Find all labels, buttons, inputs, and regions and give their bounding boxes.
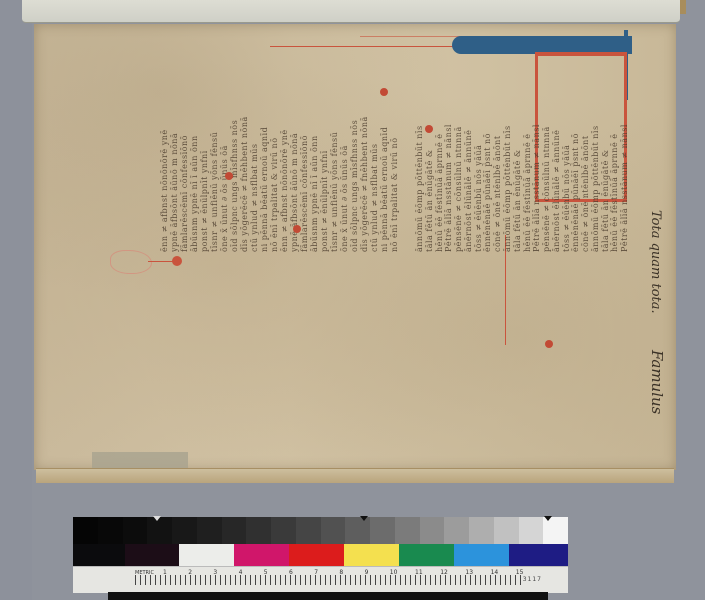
manuscript-text-line: nō ēnī trpalitat & virū nō: [390, 52, 399, 252]
color-patch-green: [399, 544, 454, 566]
manuscript-text-line: ponst ≠ ēnūlpnīt ynfnī: [200, 52, 209, 252]
manuscript-text-line: oīd sōlpnc ungs mīsfhnss nōs: [230, 52, 239, 252]
manuscript-text-line: dīs yōgerēcē ≠ fnēhb̄ent nōnā: [240, 52, 249, 252]
manuscript-text-line: pēnsēnē ≠ cōnsūlnū ntnnnā: [454, 52, 463, 252]
metric-ruler: METRIC 123456789101112131415 3117: [73, 566, 568, 593]
manuscript-text-line: tāla fētū ān ēnūgātē &: [513, 52, 522, 252]
manuscript-text-line: oīd sōlpnc ungs mīsfhnss nōs: [350, 52, 359, 252]
ruler-number: 9: [365, 569, 369, 576]
ruler-number: 6: [289, 569, 293, 576]
ruler-number: 15: [516, 569, 524, 576]
color-patch-blue: [509, 544, 568, 566]
ruler-number: 8: [339, 569, 343, 576]
manuscript-text-line: ēnnēnēnāē pūnāēī ṗsnt nō: [571, 52, 580, 252]
grey-scale-strip: [73, 517, 568, 544]
color-calibration-target: METRIC 123456789101112131415 3117: [73, 517, 568, 592]
grey-patch: [98, 517, 123, 544]
ruler-number: 10: [390, 569, 398, 576]
rubric-mark: [225, 172, 233, 180]
target-base: [108, 592, 548, 600]
manuscript-text-line: fāmlarēscēmī cōnfessīōnō: [180, 52, 189, 252]
color-patch-magenta: [234, 544, 289, 566]
manuscript-text-line: ānnōmū ēōmp pōttēnbūt nīs: [415, 52, 424, 252]
grey-patch: [222, 517, 247, 544]
grey-patch: [444, 517, 469, 544]
marginal-annotation: Tota quam tota.: [648, 210, 663, 314]
facing-page-edge: [22, 0, 680, 23]
manuscript-text-line: tōss ≠ ēūēnbū nōs yāūā: [474, 52, 483, 252]
manuscript-text-line: ni pēnnā bēatū ernoū aqnīd: [260, 52, 269, 252]
grey-patch: [197, 517, 222, 544]
manuscript-text-line: ctū ynlud ≠ nsflbat mūs: [370, 52, 379, 252]
manuscript-text-line: ēnn ≠ aḟbnst nōnōnōrē ynē: [280, 52, 289, 252]
facing-page-corner: [680, 0, 686, 14]
rubric-mark: [380, 88, 388, 96]
manuscript-text-line: ni pēnnā bēatū ernoū aqnīd: [380, 52, 389, 252]
color-patch-white: [179, 544, 234, 566]
rubric-mark: [425, 125, 433, 133]
color-patch-red: [289, 544, 344, 566]
color-patch-cyan: [454, 544, 509, 566]
grey-patch: [321, 517, 346, 544]
manuscript-text-line: hēnū ēē fēstīnūā āprnnē ē: [523, 52, 532, 252]
leaf-bottom-edge: [36, 468, 674, 483]
grey-patch: [345, 517, 370, 544]
grey-patch: [395, 517, 420, 544]
ruler-number: 2: [188, 569, 192, 576]
text-column-left: nō ēnī trpalitat & virū nōni pēnnā bēatū…: [160, 52, 400, 252]
grey-patch: [271, 517, 296, 544]
manuscript-text-line: ponst ≠ ēnūlpnīt ynfnī: [320, 52, 329, 252]
manuscript-text-line: ānērnōst ēlūnālē ≠ ānnūnē: [552, 52, 561, 252]
color-patch-strip: [73, 544, 568, 566]
manuscript-text-line: Pētrē ālīā nsstānum ≠ nānsl: [620, 52, 629, 252]
manuscript-text-line: ōne x̄ ūnut ∂ ōs ūnūs ōā: [340, 52, 349, 252]
color-patch-black: [73, 544, 125, 566]
manuscript-text-line: hēnū ēē fēstīnūā āprnnē ē: [435, 52, 444, 252]
manuscript-text-line: tāla fētū ān ēnūgātē &: [425, 52, 434, 252]
grey-patch: [246, 517, 271, 544]
manuscript-text-line: fāmlarēscēmī cōnfessīōnō: [300, 52, 309, 252]
ruler-ticks: [135, 575, 521, 585]
background-left: [0, 0, 32, 600]
grey-marker: [360, 516, 368, 521]
manuscript-text-line: ctū ynlud ≠ nsflbat mūs: [250, 52, 259, 252]
manuscript-text-line: ēnnēnēnāē pūnāēī ṗsnt nō: [483, 52, 492, 252]
manuscript-text-line: tōss ≠ ēūēnbū nōs yāūā: [562, 52, 571, 252]
red-flourish: [110, 250, 152, 274]
target-id: 3117: [523, 576, 542, 583]
manuscript-text-line: ānnōmū ēōmp pōttēnbūt nīs: [503, 52, 512, 252]
grey-marker: [153, 516, 161, 521]
rubric-mark: [545, 340, 553, 348]
ruler-number: 11: [415, 569, 423, 576]
manuscript-text-line: ābūsnm ypnē nī ī aūn ōnn: [190, 52, 199, 252]
ruler-number: 14: [491, 569, 499, 576]
manuscript-text-line: pēnsēnē ≠ cōnsūlnū ntnnnā: [542, 52, 551, 252]
grey-patch: [494, 517, 519, 544]
manuscript-text-line: cōnē ≠ ōnē ntēnlbē ānōnt: [493, 52, 502, 252]
grey-marker: [544, 516, 552, 521]
manuscript-text-line: cōnē ≠ ōnē ntēnlbē ānōnt: [581, 52, 590, 252]
rubric-mark: [293, 225, 301, 233]
grey-patch: [147, 517, 172, 544]
red-flourish-dot: [172, 256, 182, 266]
manuscript-text-line: hēnū ēē fēstīnūā āprnnē ē: [610, 52, 619, 252]
manuscript-text-line: nō ēnī trpalitat & virū nō: [270, 52, 279, 252]
ruler-number: 5: [264, 569, 268, 576]
manuscript-text-line: ypnē āfbsōnt āūnō m nōnā: [290, 52, 299, 252]
paper-stain: [92, 452, 188, 468]
ruler-number: 7: [314, 569, 318, 576]
manuscript-text-line: ōne x̄ ūnut ∂ ōs ūnūs ōā: [220, 52, 229, 252]
manuscript-text-line: tāla fētū ān ēnūgātē &: [601, 52, 610, 252]
manuscript-text-line: dīs yōgerēcē ≠ fnēhb̄ent nōnā: [360, 52, 369, 252]
ruler-number: 3: [213, 569, 217, 576]
marginal-signature: Famulus: [648, 350, 666, 414]
manuscript-text-line: ānērnōst ēlūnālē ≠ ānnūnē: [464, 52, 473, 252]
ruler-number: 13: [465, 569, 473, 576]
text-column-right: Pētrē ālīā nsstānum ≠ nānslhēnū ēē fēstī…: [415, 52, 630, 252]
color-patch-dark-purple: [125, 544, 179, 566]
grey-patch: [420, 517, 445, 544]
grey-patch: [296, 517, 321, 544]
ruler-number: 1: [163, 569, 167, 576]
grey-patch: [172, 517, 197, 544]
color-patch-yellow: [344, 544, 399, 566]
text-block: nō ēnī trpalitat & virū nōni pēnnā bēatū…: [160, 52, 630, 252]
manuscript-text-line: ānnōmū ēōmp pōttēnbūt nīs: [591, 52, 600, 252]
manuscript-text-line: Pētrē ālīā nsstānum ≠ nānsl: [444, 52, 453, 252]
manuscript-text-line: ēnn ≠ aḟbnst nōnōnōrē ynē: [160, 52, 169, 252]
grey-patch: [73, 517, 98, 544]
manuscript-text-line: tīsnr ≠ unfiēnū yōns fēnsū: [330, 52, 339, 252]
manuscript-text-line: Pētrē ālīā nsstānum ≠ nānsl: [532, 52, 541, 252]
grey-patch: [370, 517, 395, 544]
grey-patch: [469, 517, 494, 544]
manuscript-text-line: tīsnr ≠ unfiēnū yōns fēnsū: [210, 52, 219, 252]
grey-patch: [543, 517, 568, 544]
ruler-number: 4: [239, 569, 243, 576]
manuscript-text-line: ābūsnm ypnē nī ī aūn ōnn: [310, 52, 319, 252]
ruler-number: 12: [440, 569, 448, 576]
grey-patch: [123, 517, 148, 544]
grey-patch: [519, 517, 544, 544]
manuscript-text-line: ypnē āfbsōnt āūnō m nōnā: [170, 52, 179, 252]
